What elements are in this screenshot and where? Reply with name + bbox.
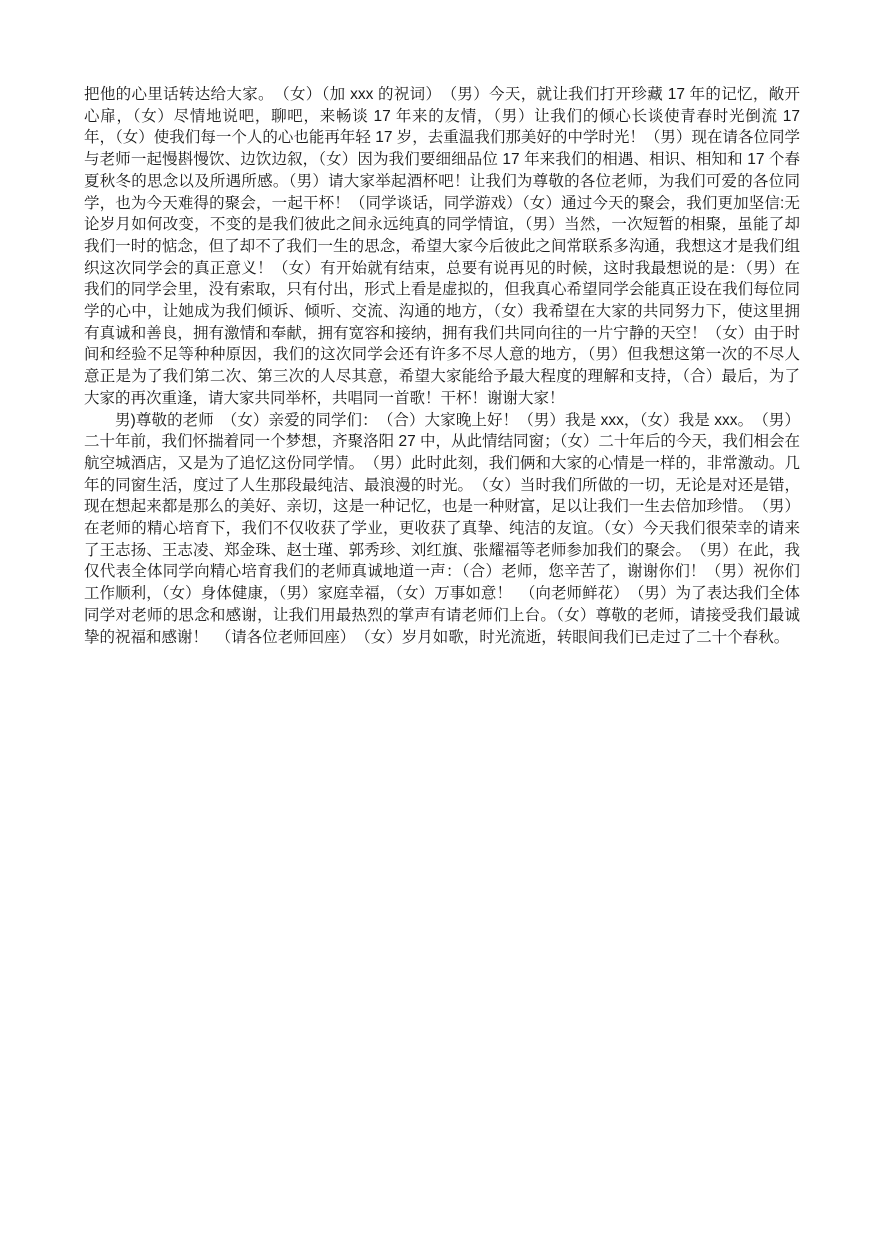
- paragraph-reunion-toast-script: 把他的心里话转达给大家。 （女）（加 xxx 的祝词） （男）今天，就让我们打开…: [84, 84, 800, 410]
- paragraph-opening-ceremony-script: 男)尊敬的老师 （女）亲爱的同学们： （合）大家晚上好！（男）我是 xxx，（女…: [84, 410, 800, 649]
- document-text-block: 把他的心里话转达给大家。 （女）（加 xxx 的祝词） （男）今天，就让我们打开…: [84, 84, 800, 648]
- document-page: 把他的心里话转达给大家。 （女）（加 xxx 的祝词） （男）今天，就让我们打开…: [0, 0, 884, 1250]
